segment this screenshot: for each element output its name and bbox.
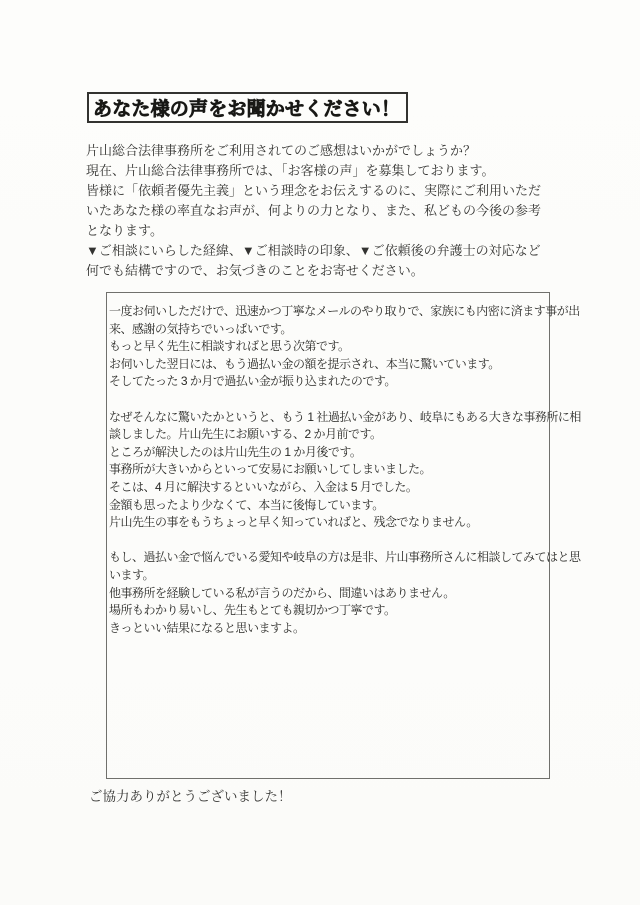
text-line: となります。 <box>86 221 576 241</box>
text-line: なぜそんなに驚いたかというと、もう 1 社過払い金があり、岐阜にもある大きな事務… <box>109 409 579 427</box>
text-line <box>109 391 579 409</box>
intro-text: 片山総合法律事務所をご利用されてのご感想はいかがでしょうか？現在、片山総合法律事… <box>86 141 576 281</box>
text-line: そしてたった 3 か月で過払い金が振り込まれたのです。 <box>109 373 579 391</box>
text-line: 談しました。片山先生にお願いする、2 か月前です。 <box>109 426 579 444</box>
text-line: いたあなた様の率直なお声が、何よりの力となり、また、私どもの今後の参考 <box>86 201 576 221</box>
page-title: あなた様の声をお聞かせください！ <box>93 94 400 121</box>
text-line: そこは、4 月に解決するといいながら、入金は 5 月でした。 <box>109 479 579 497</box>
text-line: もっと早く先生に相談すればと思う次第です。 <box>109 338 579 356</box>
text-line: 来、感謝の気持ちでいっぱいです。 <box>109 321 579 339</box>
text-line: 一度お伺いしただけで、迅速かつ丁寧なメールのやり取りで、家族にも内密に済ます事が… <box>109 303 579 321</box>
page-title-banner: あなた様の声をお聞かせください！ <box>87 92 408 123</box>
text-line: 他事務所を経験している私が言うのだから、間違いはありません。 <box>109 585 579 603</box>
text-line: お伺いした翌日には、もう過払い金の額を提示され、本当に驚いています。 <box>109 356 579 374</box>
text-line: 皆様に「依頼者優先主義」という理念をお伝えするのに、実際にご利用いただ <box>86 181 576 201</box>
text-line: 事務所が大きいからといって安易にお願いしてしまいました。 <box>109 461 579 479</box>
scanned-page: あなた様の声をお聞かせください！ 片山総合法律事務所をご利用されてのご感想はいか… <box>0 0 640 905</box>
text-line <box>109 532 579 550</box>
text-line: 何でも結構ですので、お気づきのことをお寄せください。 <box>86 261 576 281</box>
text-line: きっといい結果になると思いますよ。 <box>109 620 579 638</box>
text-line: ▼ご相談にいらした経緯、▼ご相談時の印象、▼ご依頼後の弁護士の対応など <box>86 241 576 261</box>
text-line: 片山総合法律事務所をご利用されてのご感想はいかがでしょうか？ <box>86 141 576 161</box>
testimonial-text: 一度お伺いしただけで、迅速かつ丁寧なメールのやり取りで、家族にも内密に済ます事が… <box>109 303 579 637</box>
text-line: 片山先生の事をもうちょっと早く知っていればと、残念でなりません。 <box>109 514 579 532</box>
text-line: 現在、片山総合法律事務所では、「お客様の声」を募集しております。 <box>86 161 576 181</box>
text-line: います。 <box>109 567 579 585</box>
text-line: もし、過払い金で悩んでいる愛知や岐阜の方は是非、片山事務所さんに相談してみてはと… <box>109 549 579 567</box>
text-line: 場所もわかり易いし、先生もとても親切かつ丁寧です。 <box>109 602 579 620</box>
closing-text: ご協力ありがとうございました！ <box>89 785 292 805</box>
text-line: 金額も思ったより少なくて、本当に後悔しています。 <box>109 497 579 515</box>
text-line: ところが解決したのは片山先生の 1 か月後です。 <box>109 444 579 462</box>
